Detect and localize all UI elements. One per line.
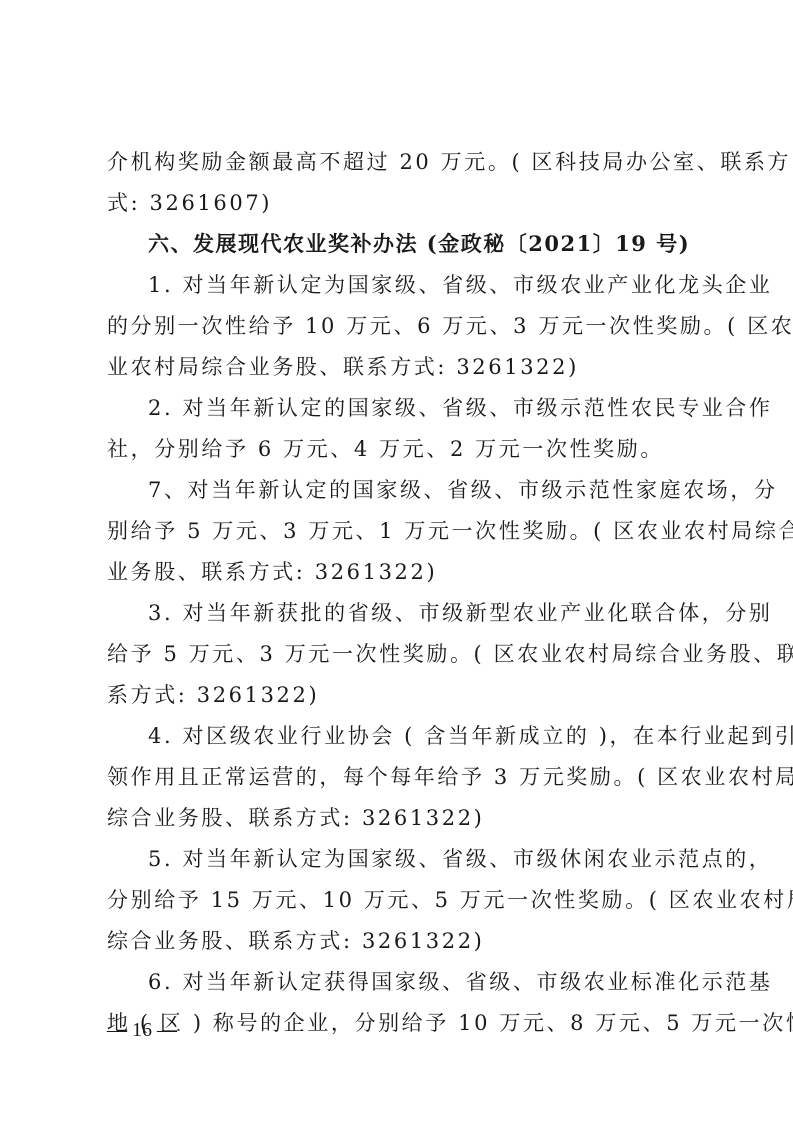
text-line: 系方式: 3261322) bbox=[107, 681, 687, 709]
text-line: 的分别一次性给予 10 万元、6 万元、3 万元一次性奖励。( 区农 bbox=[107, 312, 687, 340]
text-line: 综合业务股、联系方式: 3261322) bbox=[107, 804, 687, 832]
text-line: 给予 5 万元、3 万元一次性奖励。( 区农业农村局综合业务股、联 bbox=[107, 640, 687, 668]
document-page: 介机构奖励金额最高不超过 20 万元。( 区科技局办公室、联系方式: 32616… bbox=[0, 0, 793, 1122]
text-line: 7、对当年新认定的国家级、省级、市级示范性家庭农场，分 bbox=[148, 476, 687, 504]
text-line: 业农村局综合业务股、联系方式: 3261322) bbox=[107, 353, 687, 381]
text-line: 3. 对当年新获批的省级、市级新型农业产业化联合体，分别 bbox=[148, 599, 687, 627]
text-line: 领作用且正常运营的，每个每年给予 3 万元奖励。( 区农业农村局 bbox=[107, 763, 687, 791]
text-line: 6. 对当年新认定获得国家级、省级、市级农业标准化示范基 bbox=[148, 968, 687, 996]
text-line: 社，分别给予 6 万元、4 万元、2 万元一次性奖励。 bbox=[107, 435, 687, 463]
text-line: 5. 对当年新认定为国家级、省级、市级休闲农业示范点的， bbox=[148, 845, 687, 873]
text-line: 综合业务股、联系方式: 3261322) bbox=[107, 927, 687, 955]
text-line: 2. 对当年新认定的国家级、省级、市级示范性农民专业合作 bbox=[148, 394, 687, 422]
text-line: 地 ( 区 ) 称号的企业，分别给予 10 万元、8 万元、5 万元一次性 bbox=[107, 1009, 687, 1037]
page-number: — 16 — bbox=[107, 1017, 177, 1043]
text-line: 别给予 5 万元、3 万元、1 万元一次性奖励。( 区农业农村局综合 bbox=[107, 517, 687, 545]
section-heading: 六、发展现代农业奖补办法 (金政秘〔2021〕19 号) bbox=[148, 230, 728, 258]
text-line: 式: 3261607) bbox=[107, 189, 687, 217]
text-line: 1. 对当年新认定为国家级、省级、市级农业产业化龙头企业 bbox=[148, 271, 687, 299]
text-line: 4. 对区级农业行业协会 ( 含当年新成立的 )，在本行业起到引 bbox=[148, 722, 687, 750]
text-line: 分别给予 15 万元、10 万元、5 万元一次性奖励。( 区农业农村局 bbox=[107, 886, 687, 914]
text-line: 业务股、联系方式: 3261322) bbox=[107, 558, 687, 586]
text-line: 介机构奖励金额最高不超过 20 万元。( 区科技局办公室、联系方 bbox=[107, 148, 687, 176]
